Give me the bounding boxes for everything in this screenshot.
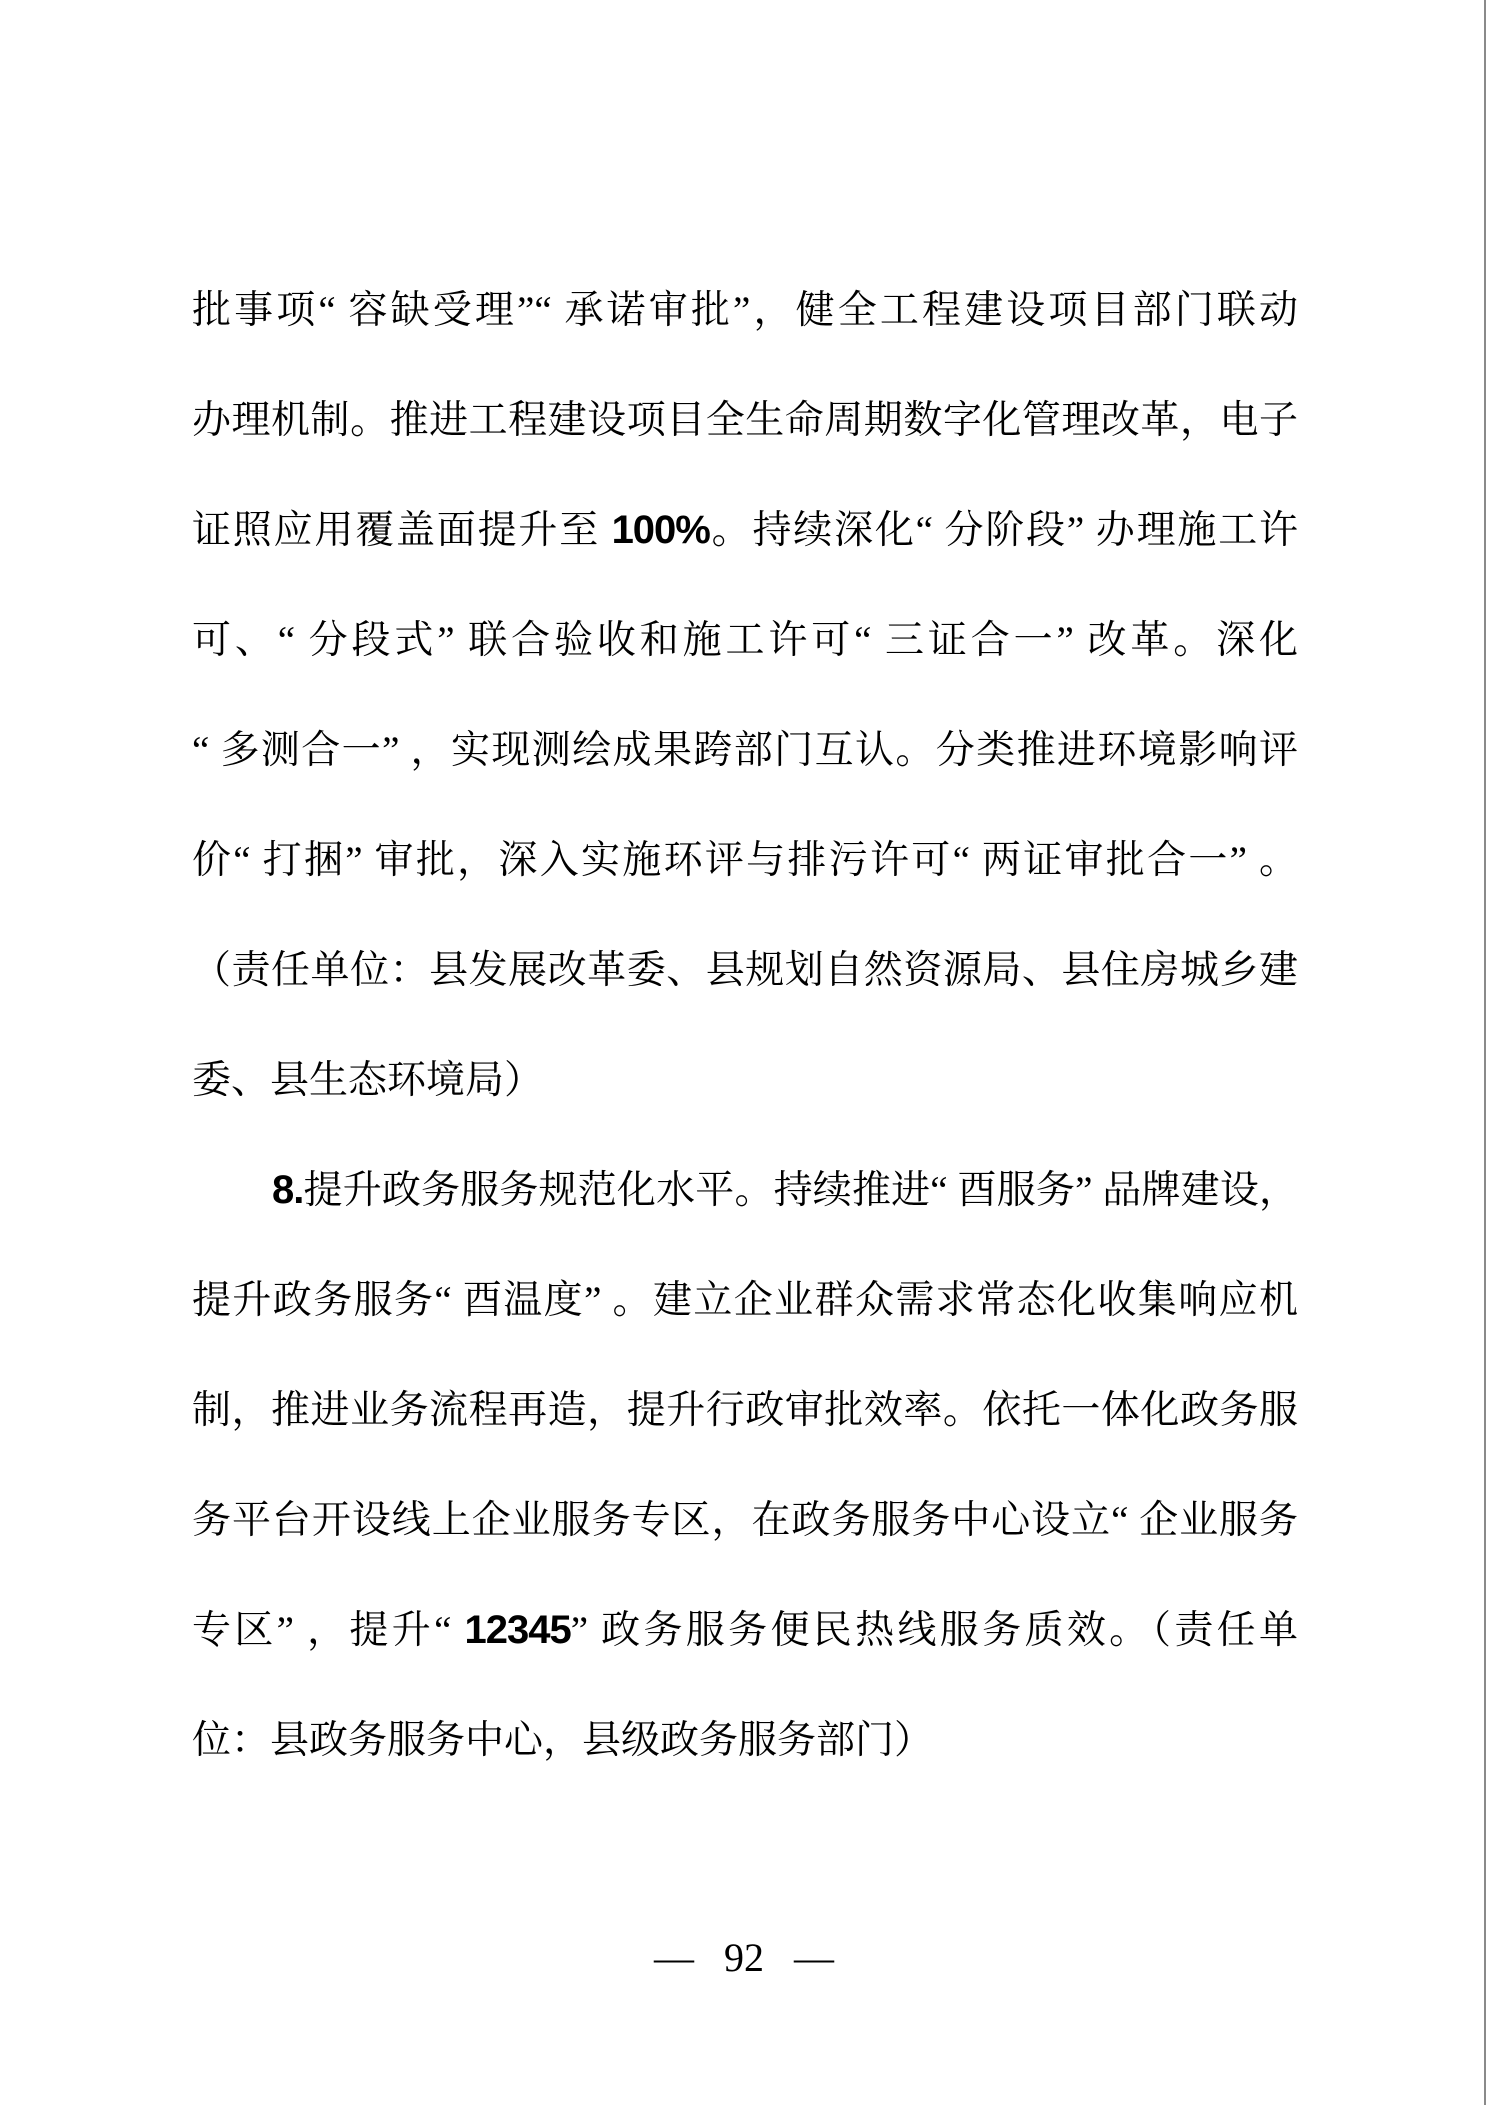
line-text: 。持续深化“ 分阶段” 办理施工许 — [710, 509, 1298, 552]
text-line: （责任单位：县发展改革委、县规划自然资源局、县住房城乡建 — [192, 915, 1298, 1025]
line-text: 位：县政务服务中心，县级政务服务部门） — [192, 1719, 933, 1762]
line-text: 专区” ，提升“ — [192, 1609, 464, 1652]
text-line: “ 多测合一” ，实现测绘成果跨部门互认。分类推进环境影响评 — [192, 695, 1298, 805]
line-text: 可、“ 分段式” 联合验收和施工许可“ 三证合一” 改革。深化 — [192, 619, 1298, 662]
text-line: 8.提升政务服务规范化水平。持续推进“ 酉服务” 品牌建设， — [192, 1135, 1298, 1245]
line-number-text: 8. — [272, 1168, 303, 1212]
line-text: 提升政务服务“ 酉温度” 。建立企业群众需求常态化收集响应机 — [192, 1279, 1298, 1322]
line-text: “ 多测合一” ，实现测绘成果跨部门互认。分类推进环境影响评 — [192, 729, 1298, 772]
line-text: 务平台开设线上企业服务专区，在政务服务中心设立“ 企业服务 — [192, 1499, 1298, 1542]
text-line: 委、县生态环境局） — [192, 1025, 1298, 1135]
line-text: 批事项“ 容缺受理”“ 承诺审批”，健全工程建设项目部门联动 — [192, 289, 1298, 332]
text-line: 证照应用覆盖面提升至 100%。持续深化“ 分阶段” 办理施工许 — [192, 475, 1298, 585]
text-line: 办理机制。推进工程建设项目全生命周期数字化管理改革，电子 — [192, 365, 1298, 475]
text-line: 务平台开设线上企业服务专区，在政务服务中心设立“ 企业服务 — [192, 1465, 1298, 1575]
line-text: 证照应用覆盖面提升至 — [192, 509, 612, 552]
body-text: 批事项“ 容缺受理”“ 承诺审批”，健全工程建设项目部门联动 办理机制。推进工程… — [192, 255, 1298, 1795]
line-text: 提升政务服务规范化水平。持续推进“ 酉服务” 品牌建设， — [303, 1169, 1298, 1212]
footer-dash-right: — — [794, 1934, 834, 1982]
line-text: 办理机制。推进工程建设项目全生命周期数字化管理改革，电子 — [192, 399, 1298, 442]
page-edge-divider — [1484, 0, 1486, 2105]
line-number-text: 100% — [612, 508, 710, 552]
line-text: 委、县生态环境局） — [192, 1059, 543, 1102]
text-line: 位：县政务服务中心，县级政务服务部门） — [192, 1685, 1298, 1795]
text-line: 专区” ，提升“ 12345” 政务服务便民热线服务质效。（责任单 — [192, 1575, 1298, 1685]
line-number-text: 12345 — [464, 1608, 570, 1652]
text-line: 制，推进业务流程再造，提升行政审批效率。依托一体化政务服 — [192, 1355, 1298, 1465]
text-line: 价“ 打捆” 审批，深入实施环评与排污许可“ 两证审批合一” 。 — [192, 805, 1298, 915]
page-number: 92 — [724, 1934, 764, 1982]
text-line: 可、“ 分段式” 联合验收和施工许可“ 三证合一” 改革。深化 — [192, 585, 1298, 695]
line-text: 价“ 打捆” 审批，深入实施环评与排污许可“ 两证审批合一” 。 — [192, 839, 1298, 882]
text-line: 提升政务服务“ 酉温度” 。建立企业群众需求常态化收集响应机 — [192, 1245, 1298, 1355]
text-line: 批事项“ 容缺受理”“ 承诺审批”，健全工程建设项目部门联动 — [192, 255, 1298, 365]
document-page: 批事项“ 容缺受理”“ 承诺审批”，健全工程建设项目部门联动 办理机制。推进工程… — [0, 0, 1488, 2105]
footer-dash-left: — — [654, 1934, 694, 1982]
line-text: （责任单位：县发展改革委、县规划自然资源局、县住房城乡建 — [192, 949, 1298, 992]
line-text: ” 政务服务便民热线服务质效。（责任单 — [571, 1609, 1298, 1652]
line-text: 制，推进业务流程再造，提升行政审批效率。依托一体化政务服 — [192, 1389, 1298, 1432]
page-footer: — 92 — — [0, 1934, 1488, 1982]
